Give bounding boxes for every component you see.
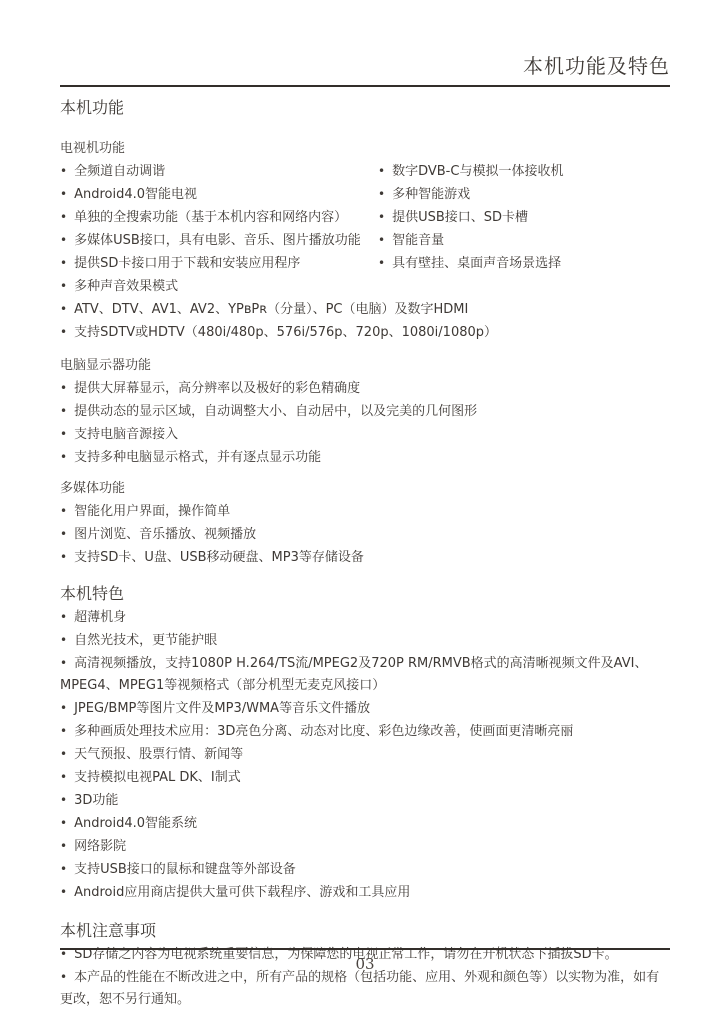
bullet-glyph: • — [60, 701, 67, 715]
page-footer: 03 — [60, 948, 670, 973]
bullet-text: 提供USB接口、SD卡槽 — [392, 210, 528, 225]
bullet-glyph: • — [60, 504, 67, 518]
page-content: 本机功能及特色 本机功能 电视机功能 •全频道自动调谐 •Android4.0智… — [0, 0, 728, 1011]
bullet-item: •网络影院 — [60, 835, 670, 858]
bullet-text: 多种画质处理技术应用：3D亮色分离、动态对比度、彩色边缘改善，使画面更清晰亮丽 — [74, 724, 573, 739]
bullet-item: •提供大屏幕显示，高分辨率以及极好的彩色精确度 — [60, 377, 670, 400]
bullet-glyph: • — [60, 885, 67, 899]
page-header: 本机功能及特色 — [60, 0, 670, 87]
bullet-text: 提供SD卡接口用于下载和安装应用程序 — [74, 256, 300, 271]
subsection-title-tv: 电视机功能 — [60, 138, 670, 160]
bullet-text: ATV、DTV、AV1、AV2、YPʙPʀ（分量）、PC（电脑）及数字HDMI — [74, 302, 468, 317]
bullet-item: •提供SD卡接口用于下载和安装应用程序 — [60, 252, 378, 275]
bullet-glyph: • — [60, 302, 67, 316]
subsection-title-pc-monitor: 电脑显示器功能 — [60, 355, 670, 377]
bullet-glyph: • — [378, 187, 385, 201]
section-title-functions: 本机功能 — [60, 98, 670, 118]
header-title: 本机功能及特色 — [523, 54, 670, 78]
bullet-glyph: • — [378, 233, 385, 247]
bullet-item: •全频道自动调谐 — [60, 160, 378, 183]
bullet-item: •单独的全搜索功能（基于本机内容和网络内容） — [60, 206, 378, 229]
tv-right-column: •数字DVB-C与模拟一体接收机 •多种智能游戏 •提供USB接口、SD卡槽 •… — [378, 160, 670, 275]
bullet-item: •Android4.0智能电视 — [60, 183, 378, 206]
subsection-title-multimedia: 多媒体功能 — [60, 478, 670, 500]
bullet-glyph: • — [60, 816, 67, 830]
bullet-text: 支持模拟电视PAL DK、I制式 — [74, 770, 241, 785]
bullet-item: •图片浏览、音乐播放、视频播放 — [60, 523, 670, 546]
bullet-item: •具有壁挂、桌面声音场景选择 — [378, 252, 670, 275]
bullet-item: •JPEG/BMP等图片文件及MP3/WMA等音乐文件播放 — [60, 697, 670, 720]
bullet-glyph: • — [60, 633, 67, 647]
bullet-text: 提供大屏幕显示，高分辨率以及极好的彩色精确度 — [74, 381, 360, 396]
bullet-glyph: • — [60, 862, 67, 876]
bullet-text: 具有壁挂、桌面声音场景选择 — [392, 256, 561, 271]
bullet-text: 支持电脑音源接入 — [74, 427, 178, 442]
bullet-text: 图片浏览、音乐播放、视频播放 — [74, 527, 256, 542]
bullet-glyph: • — [60, 724, 67, 738]
bullet-item: •支持电脑音源接入 — [60, 423, 670, 446]
bullet-item: •ATV、DTV、AV1、AV2、YPʙPʀ（分量）、PC（电脑）及数字HDMI — [60, 298, 670, 321]
bullet-glyph: • — [60, 656, 67, 670]
bullet-item: •Android应用商店提供大量可供下载程序、游戏和工具应用 — [60, 881, 670, 904]
bullet-glyph: • — [60, 610, 67, 624]
bullet-text: JPEG/BMP等图片文件及MP3/WMA等音乐文件播放 — [74, 701, 370, 716]
bullet-text: Android4.0智能电视 — [74, 187, 197, 202]
bullet-item: •智能化用户界面，操作简单 — [60, 500, 670, 523]
bullet-glyph: • — [60, 256, 67, 270]
bullet-text: 全频道自动调谐 — [74, 164, 165, 179]
bullet-text: 本产品的性能在不断改进之中，所有产品的规格（包括功能、应用、外观和颜色等）以实物… — [60, 970, 659, 1007]
bullet-item: •智能音量 — [378, 229, 670, 252]
bullet-glyph: • — [60, 404, 67, 418]
tv-full-width-list: •多种声音效果模式 •ATV、DTV、AV1、AV2、YPʙPʀ（分量）、PC（… — [60, 275, 670, 344]
bullet-text: 多种智能游戏 — [392, 187, 470, 202]
bullet-glyph: • — [60, 233, 67, 247]
tv-left-column: •全频道自动调谐 •Android4.0智能电视 •单独的全搜索功能（基于本机内… — [60, 160, 378, 275]
bullet-text: 单独的全搜索功能（基于本机内容和网络内容） — [74, 210, 347, 225]
bullet-text: 支持SD卡、U盘、USB移动硬盘、MP3等存储设备 — [74, 550, 364, 565]
bullet-glyph: • — [378, 164, 385, 178]
bullet-text: 提供动态的显示区域，自动调整大小、自动居中，以及完美的几何图形 — [74, 404, 477, 419]
bullet-glyph: • — [60, 210, 67, 224]
bullet-text: 数字DVB-C与模拟一体接收机 — [392, 164, 563, 179]
page-number: 03 — [355, 955, 374, 973]
bullet-glyph: • — [60, 450, 67, 464]
bullet-glyph: • — [60, 381, 67, 395]
bullet-glyph: • — [60, 550, 67, 564]
bullet-glyph: • — [378, 256, 385, 270]
bullet-item: •支持SDTV或HDTV（480i/480p、576i/576p、720p、10… — [60, 321, 670, 344]
bullet-text: Android4.0智能系统 — [74, 816, 197, 831]
bullet-glyph: • — [60, 770, 67, 784]
section-title-notices: 本机注意事项 — [60, 921, 670, 941]
bullet-glyph: • — [60, 279, 67, 293]
bullet-item: •提供动态的显示区域，自动调整大小、自动居中，以及完美的几何图形 — [60, 400, 670, 423]
bullet-text: 高清视频播放，支持1080P H.264/TS流/MPEG2及720P RM/R… — [60, 656, 647, 693]
bullet-glyph: • — [60, 427, 67, 441]
bullet-text: 3D功能 — [74, 793, 118, 808]
bullet-item: •天气预报、股票行情、新闻等 — [60, 743, 670, 766]
bullet-glyph: • — [60, 793, 67, 807]
bullet-text: 多媒体USB接口，具有电影、音乐、图片播放功能 — [74, 233, 361, 248]
bullet-text: 智能音量 — [392, 233, 444, 248]
bullet-text: 超薄机身 — [74, 610, 126, 625]
bullet-item: •多种画质处理技术应用：3D亮色分离、动态对比度、彩色边缘改善，使画面更清晰亮丽 — [60, 720, 670, 743]
bullet-item: •多媒体USB接口，具有电影、音乐、图片播放功能 — [60, 229, 378, 252]
bullet-glyph: • — [60, 839, 67, 853]
bullet-text: 天气预报、股票行情、新闻等 — [74, 747, 243, 762]
section-title-features: 本机特色 — [60, 584, 670, 604]
bullet-text: 支持USB接口的鼠标和键盘等外部设备 — [74, 862, 296, 877]
bullet-item: •自然光技术，更节能护眼 — [60, 629, 670, 652]
bullet-text: 多种声音效果模式 — [74, 279, 178, 294]
bullet-glyph: • — [60, 187, 67, 201]
bullet-item: •多种声音效果模式 — [60, 275, 670, 298]
bullet-text: 支持多种电脑显示格式，并有逐点显示功能 — [74, 450, 321, 465]
bullet-text: 智能化用户界面，操作简单 — [74, 504, 230, 519]
bullet-text: 支持SDTV或HDTV（480i/480p、576i/576p、720p、108… — [74, 325, 497, 340]
bullet-glyph: • — [60, 527, 67, 541]
multimedia-list: •智能化用户界面，操作简单 •图片浏览、音乐播放、视频播放 •支持SD卡、U盘、… — [60, 500, 670, 569]
bullet-item: •支持多种电脑显示格式，并有逐点显示功能 — [60, 446, 670, 469]
manual-page: 本机功能及特色 本机功能 电视机功能 •全频道自动调谐 •Android4.0智… — [0, 0, 728, 1021]
bullet-item: •超薄机身 — [60, 606, 670, 629]
bullet-text: Android应用商店提供大量可供下载程序、游戏和工具应用 — [74, 885, 410, 900]
tv-two-column-list: •全频道自动调谐 •Android4.0智能电视 •单独的全搜索功能（基于本机内… — [60, 160, 670, 275]
bullet-item: •提供USB接口、SD卡槽 — [378, 206, 670, 229]
bullet-glyph: • — [378, 210, 385, 224]
bullet-glyph: • — [60, 747, 67, 761]
bullet-text: 网络影院 — [74, 839, 126, 854]
bullet-glyph: • — [60, 164, 67, 178]
bullet-item: •支持SD卡、U盘、USB移动硬盘、MP3等存储设备 — [60, 546, 670, 569]
bullet-text: 自然光技术，更节能护眼 — [74, 633, 217, 648]
features-list: •超薄机身 •自然光技术，更节能护眼 •高清视频播放，支持1080P H.264… — [60, 606, 670, 904]
bullet-item: •支持USB接口的鼠标和键盘等外部设备 — [60, 858, 670, 881]
bullet-item: •数字DVB-C与模拟一体接收机 — [378, 160, 670, 183]
bullet-item: •多种智能游戏 — [378, 183, 670, 206]
bullet-item: •支持模拟电视PAL DK、I制式 — [60, 766, 670, 789]
bullet-item: •3D功能 — [60, 789, 670, 812]
pc-monitor-list: •提供大屏幕显示，高分辨率以及极好的彩色精确度 •提供动态的显示区域，自动调整大… — [60, 377, 670, 469]
bullet-item: •高清视频播放，支持1080P H.264/TS流/MPEG2及720P RM/… — [60, 652, 670, 697]
bullet-item: •Android4.0智能系统 — [60, 812, 670, 835]
bullet-glyph: • — [60, 325, 67, 339]
